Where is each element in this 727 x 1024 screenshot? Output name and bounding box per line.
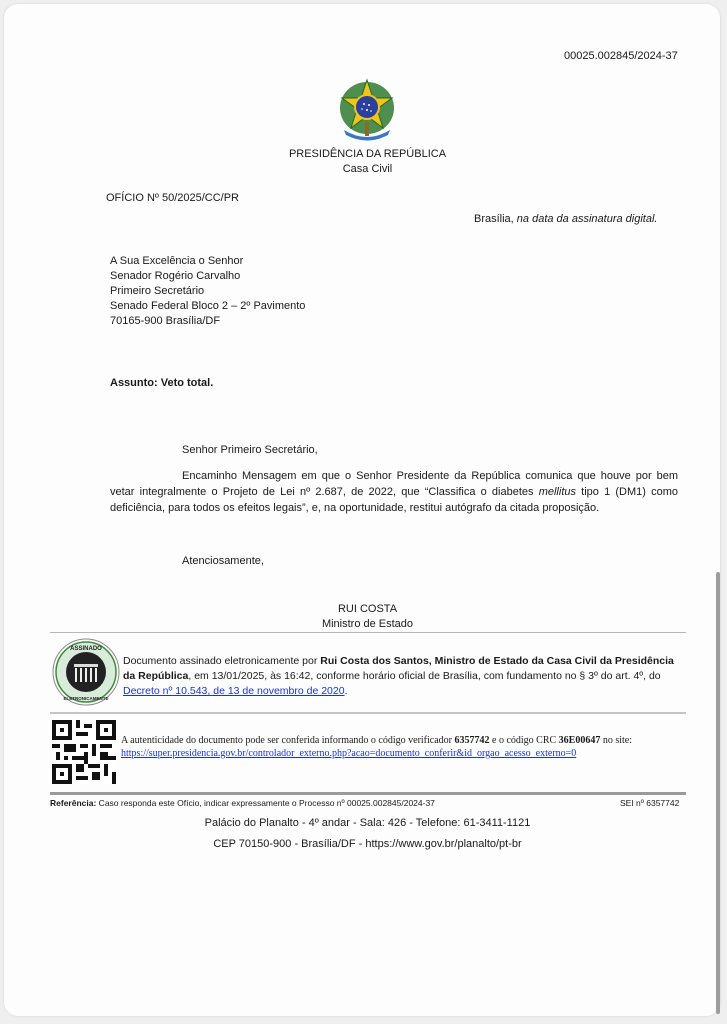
oficio-number: OFÍCIO Nº 50/2025/CC/PR — [106, 192, 239, 204]
addressee-block: A Sua Excelência o Senhor Senador Rogéri… — [110, 254, 305, 329]
statement-text: , em 13/01/2025, às 16:42, conforme horá… — [188, 670, 660, 682]
sei-number: SEI nº 6357742 — [620, 798, 679, 808]
signature-statement: Documento assinado eletronicamente por R… — [123, 654, 685, 699]
brazil-coat-of-arms-icon — [338, 78, 396, 142]
subject: Assunto: Veto total. — [110, 377, 213, 389]
reference-note: Referência: Caso responda este Ofício, i… — [50, 798, 435, 808]
addressee-line: Senador Rogério Carvalho — [110, 269, 305, 284]
statement-text: Documento assinado eletronicamente por — [123, 655, 320, 667]
signer-title: Ministro de Estado — [4, 618, 720, 630]
addressee-line: Primeiro Secretário — [110, 284, 305, 299]
reference-label: Referência: — [50, 798, 96, 808]
document-page: 00025.002845/2024-37 PRESIDÊNCIA DA REPÚ… — [4, 4, 720, 1016]
addressee-line: 70165-900 Brasília/DF — [110, 314, 305, 329]
verification-link[interactable]: https://super.presidencia.gov.br/control… — [121, 748, 576, 759]
org-name: PRESIDÊNCIA DA REPÚBLICA — [4, 148, 720, 160]
divider — [50, 632, 686, 633]
body-italic: mellitus — [539, 486, 576, 498]
svg-text:ASSINADO: ASSINADO — [70, 646, 102, 652]
decree-link[interactable]: Decreto nº 10.543, de 13 de novembro de … — [123, 685, 345, 697]
authenticity-statement: A autenticidade do documento pode ser co… — [121, 734, 687, 760]
place-text: Brasília, — [474, 213, 517, 225]
svg-text:ELETRONICAMENTE: ELETRONICAMENTE — [64, 696, 109, 701]
footer-address-line1: Palácio do Planalto - 4º andar - Sala: 4… — [4, 817, 720, 829]
verifier-code: 6357742 — [455, 735, 490, 746]
auth-text: e o código CRC — [490, 735, 559, 746]
auth-text: no site: — [600, 735, 632, 746]
process-number: 00025.002845/2024-37 — [564, 50, 678, 62]
reference-text: Caso responda este Ofício, indicar expre… — [96, 798, 435, 808]
footer-address-line2: CEP 70150-900 - Brasília/DF - https://ww… — [4, 838, 720, 850]
auth-text: A autenticidade do documento pode ser co… — [121, 735, 455, 746]
place-date: Brasília, na data da assinatura digital. — [474, 213, 657, 225]
closing: Atenciosamente, — [182, 555, 264, 567]
signer-name: RUI COSTA — [4, 603, 720, 615]
crc-code: 36E00647 — [559, 735, 601, 746]
electronic-signature-seal-icon: ASSINADO ELETRONICAMENTE — [52, 638, 120, 706]
divider — [50, 792, 686, 795]
qr-code-icon[interactable] — [52, 720, 116, 784]
greeting: Senhor Primeiro Secretário, — [182, 444, 318, 456]
date-text: na data da assinatura digital. — [517, 213, 658, 225]
divider — [50, 712, 686, 714]
org-subname: Casa Civil — [4, 163, 720, 175]
body-paragraph: Encaminho Mensagem em que o Senhor Presi… — [110, 468, 678, 516]
statement-text: . — [345, 685, 348, 697]
vertical-scrollbar[interactable] — [716, 572, 720, 1014]
addressee-line: A Sua Excelência o Senhor — [110, 254, 305, 269]
addressee-line: Senado Federal Bloco 2 – 2º Pavimento — [110, 299, 305, 314]
